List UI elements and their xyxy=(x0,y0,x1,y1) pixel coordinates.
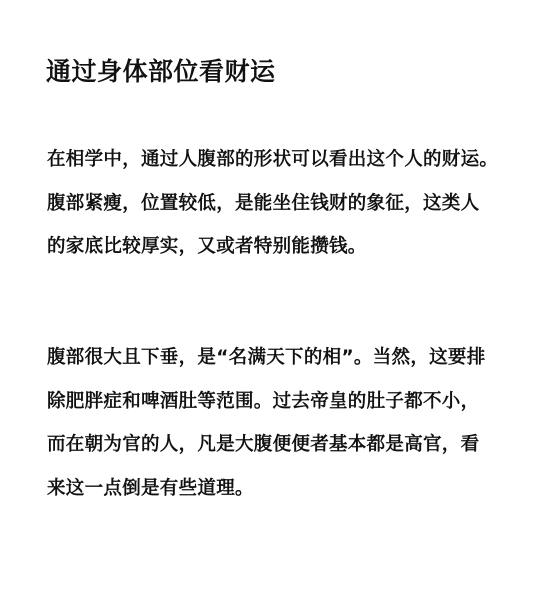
article-title: 通过身体部位看财运 xyxy=(46,52,276,88)
paragraph-1: 在相学中，通过人腹部的形状可以看出这个人的财运。 腹部紧瘦，位置较低，是能坐住钱… xyxy=(47,145,517,276)
paragraph-line: 来这一点倒是有些道理。 xyxy=(47,474,517,518)
paragraph-2: 腹部很大且下垂，是“名满天下的相”。当然，这要排 除肥胖症和啤酒肚等范围。过去帝… xyxy=(47,343,517,517)
paragraph-line: 除肥胖症和啤酒肚等范围。过去帝皇的肚子都不小， xyxy=(47,387,517,431)
paragraph-line: 在相学中，通过人腹部的形状可以看出这个人的财运。 xyxy=(47,145,517,189)
paragraph-line: 而在朝为官的人，凡是大腹便便者基本都是高官，看 xyxy=(47,430,517,474)
paragraph-line: 腹部紧瘦，位置较低，是能坐住钱财的象征，这类人 xyxy=(47,189,517,233)
paragraph-line: 的家底比较厚实，又或者特别能攒钱。 xyxy=(47,232,517,276)
paragraph-line: 腹部很大且下垂，是“名满天下的相”。当然，这要排 xyxy=(47,343,517,387)
